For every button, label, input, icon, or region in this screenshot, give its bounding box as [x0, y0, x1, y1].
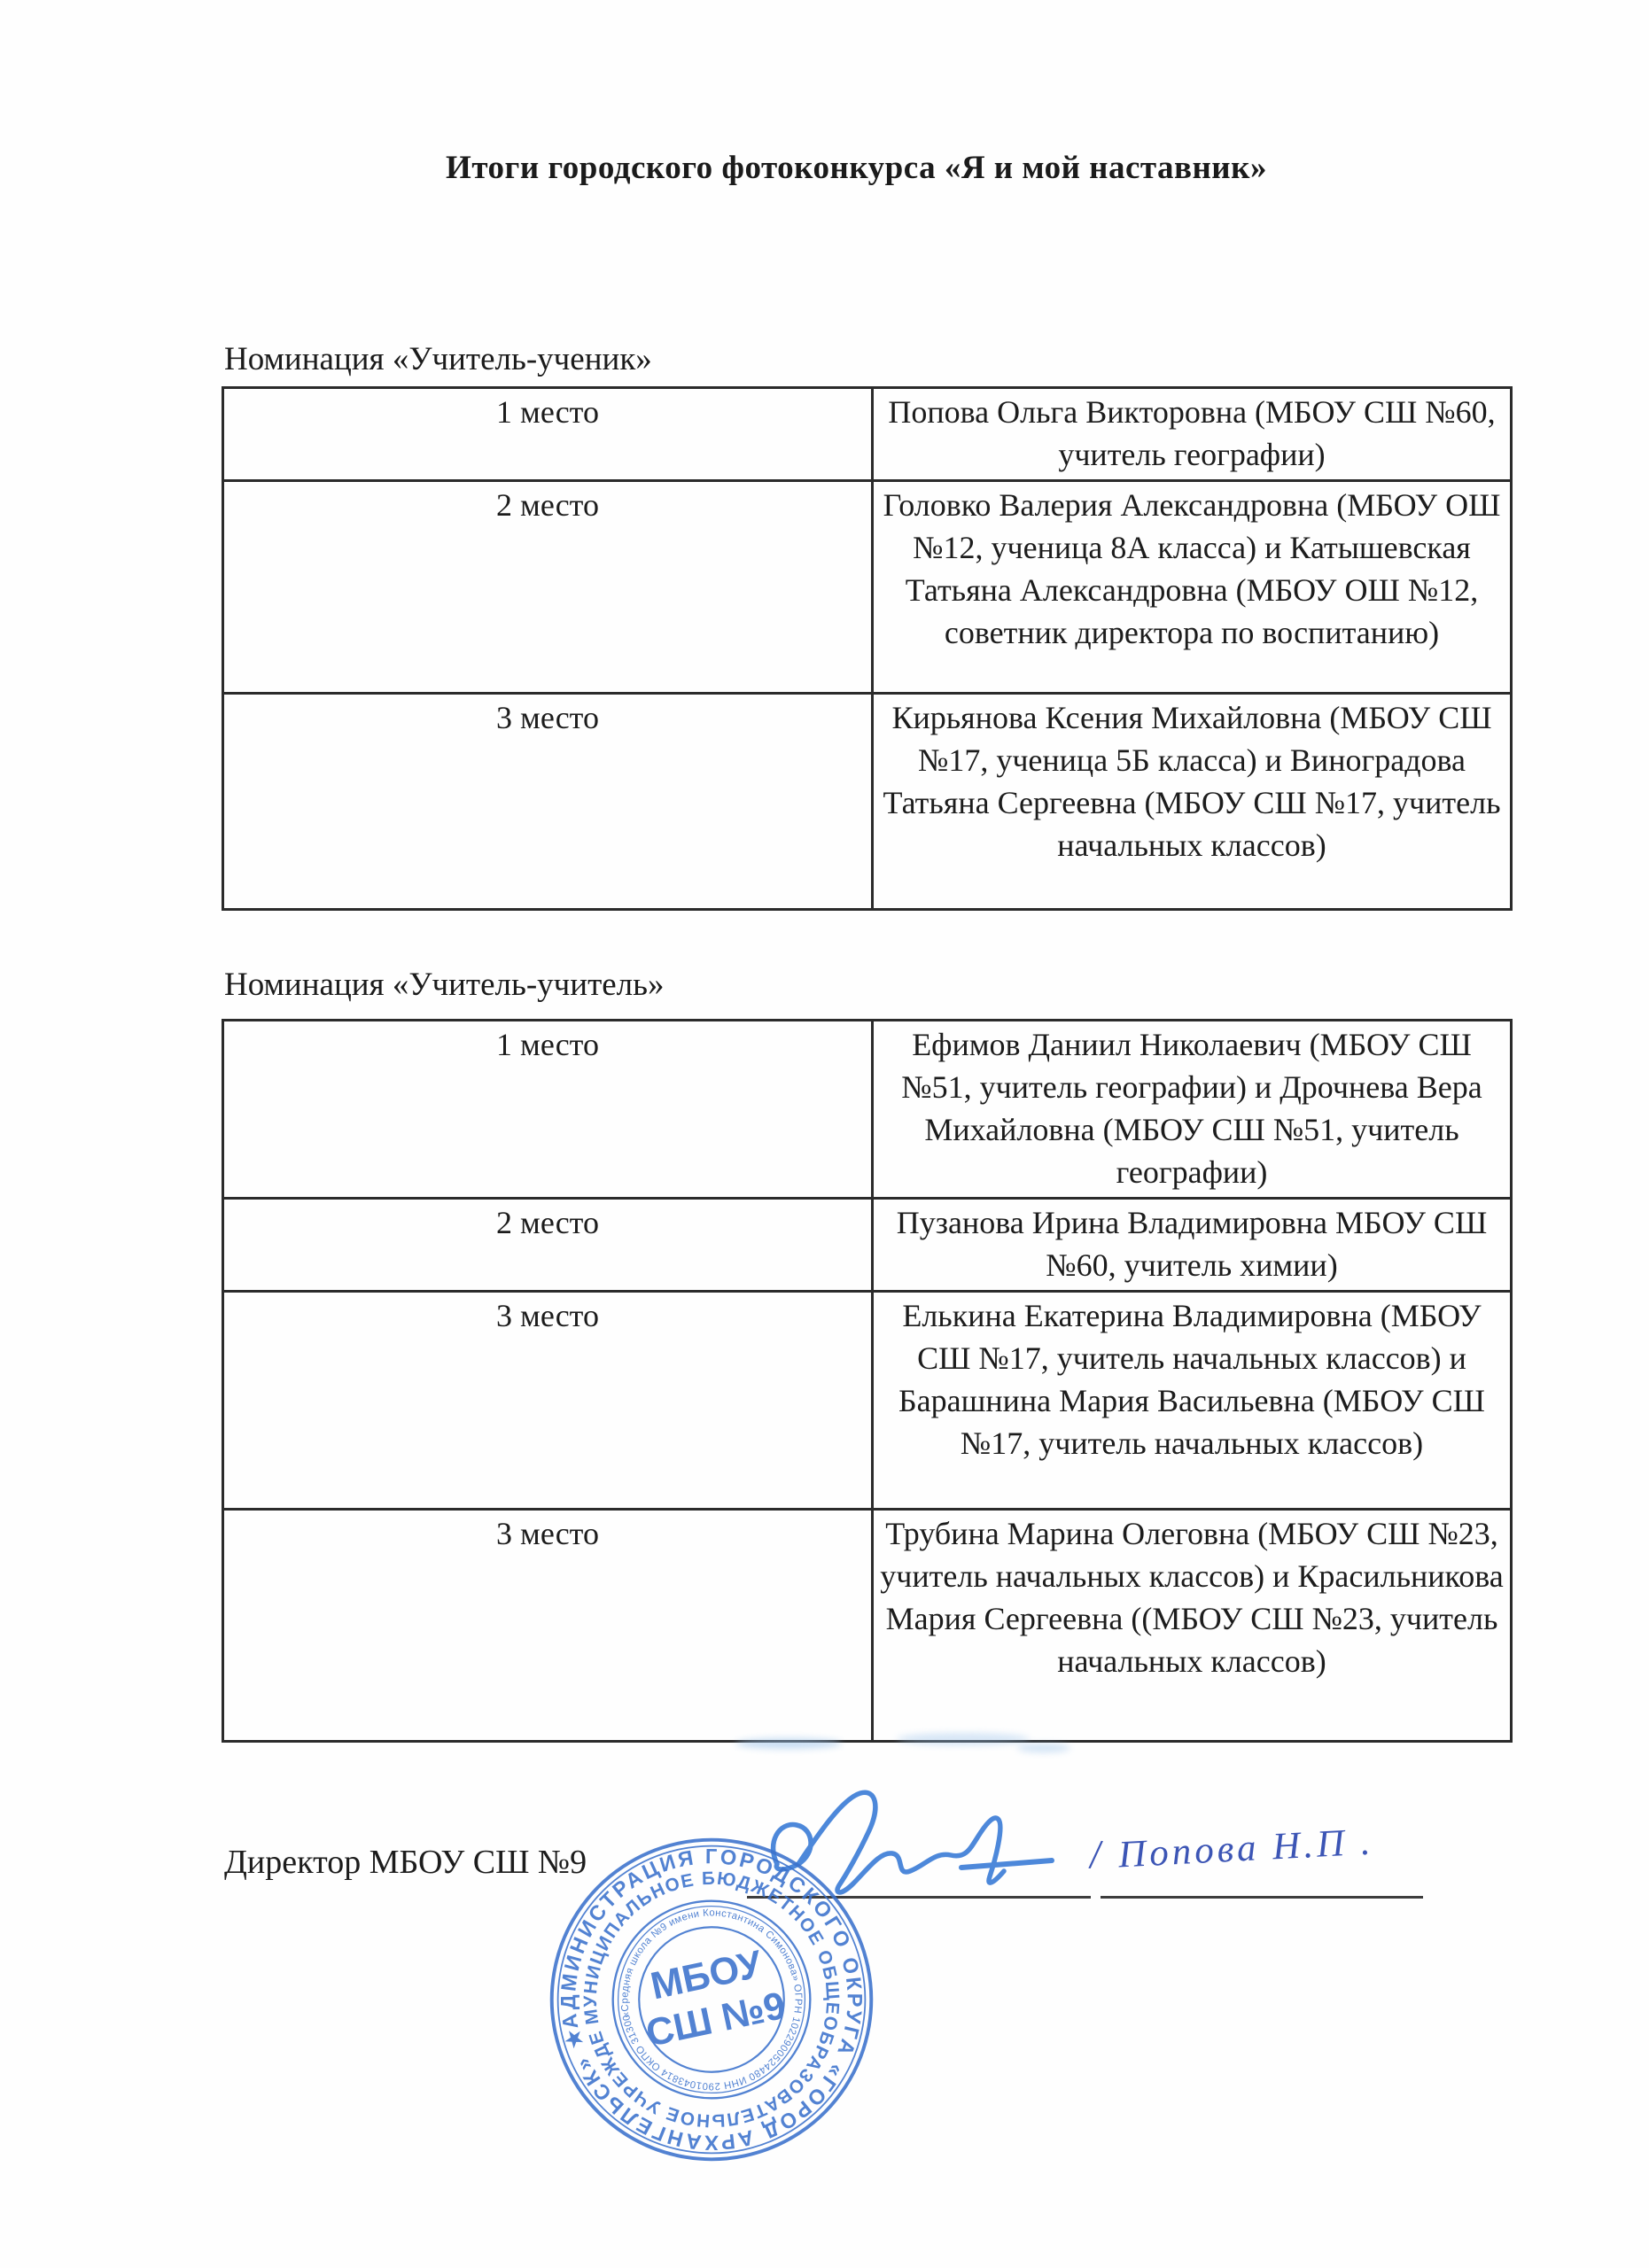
scan-artifact [735, 1738, 842, 1749]
place-cell: 3 место [223, 1292, 873, 1510]
place-cell: 3 место [223, 1510, 873, 1742]
place-cell: 3 место [223, 694, 873, 910]
results-table-teacher-teacher: 1 место Ефимов Даниил Николаевич (МБОУ С… [222, 1019, 1513, 1743]
place-cell: 2 место [223, 1199, 873, 1292]
table-row: 2 место Головко Валерия Александровна (М… [223, 481, 1512, 694]
director-label: Директор МБОУ СШ №9 [224, 1843, 587, 1882]
section-heading-teacher-student: Номинация «Учитель-ученик» [224, 340, 652, 378]
school-round-stamp: АДМИНИСТРАЦИЯ ГОРОДСКОГО ОКРУГА «ГОРОД А… [537, 1825, 886, 2174]
winner-cell: Головко Валерия Александровна (МБОУ ОШ №… [873, 481, 1512, 694]
place-cell: 1 место [223, 388, 873, 481]
scan-artifact [897, 1733, 1030, 1745]
table-row: 3 место Трубина Марина Олеговна (МБОУ СШ… [223, 1510, 1512, 1742]
table-row: 2 место Пузанова Ирина Владимировна МБОУ… [223, 1199, 1512, 1292]
results-table-teacher-student: 1 место Попова Ольга Викторовна (МБОУ СШ… [222, 386, 1513, 911]
winner-cell: Кирьянова Ксения Михайловна (МБОУ СШ №17… [873, 694, 1512, 910]
signature-name-handwriting: Попова Н.П . [1117, 1820, 1375, 1876]
place-cell: 2 место [223, 481, 873, 694]
document-page: Итоги городского фотоконкурса «Я и мой н… [0, 0, 1649, 2268]
section-heading-teacher-teacher: Номинация «Учитель-учитель» [224, 966, 665, 1004]
winner-cell: Трубина Марина Олеговна (МБОУ СШ №23, уч… [873, 1510, 1512, 1742]
table-row: 3 место Елькина Екатерина Владимировна (… [223, 1292, 1512, 1510]
table-row: 3 место Кирьянова Ксения Михайловна (МБО… [223, 694, 1512, 910]
place-cell: 1 место [223, 1021, 873, 1199]
signature-slash: / [1087, 1829, 1104, 1879]
signature-line [1101, 1896, 1423, 1899]
winner-cell: Попова Ольга Викторовна (МБОУ СШ №60, уч… [873, 388, 1512, 481]
table-row: 1 место Ефимов Даниил Николаевич (МБОУ С… [223, 1021, 1512, 1199]
winner-cell: Ефимов Даниил Николаевич (МБОУ СШ №51, у… [873, 1021, 1512, 1199]
document-title: Итоги городского фотоконкурса «Я и мой н… [0, 149, 1649, 187]
winner-cell: Елькина Екатерина Владимировна (МБОУ СШ … [873, 1292, 1512, 1510]
table-row: 1 место Попова Ольга Викторовна (МБОУ СШ… [223, 388, 1512, 481]
scan-artifact [1017, 1744, 1070, 1752]
winner-cell: Пузанова Ирина Владимировна МБОУ СШ №60,… [873, 1199, 1512, 1292]
